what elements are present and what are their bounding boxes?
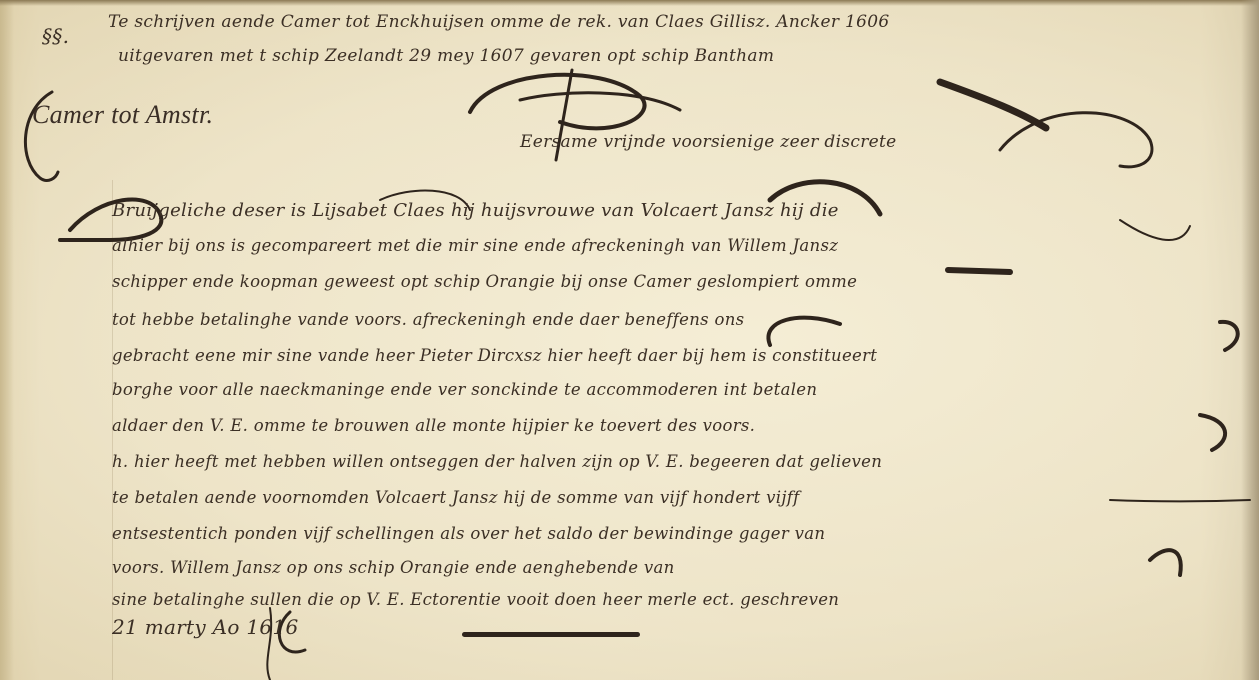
date-line: 21 marty Ao 1616	[112, 615, 299, 639]
body-line-6: borghe voor alle naeckmaninge ende ver s…	[112, 380, 817, 399]
body-line-4: tot hebbe betalinghe vande voors. afreck…	[112, 310, 744, 329]
binding-shadow	[0, 0, 14, 680]
body-line-1: Bruijgeliche deser is Lijsabet Claes hij…	[112, 200, 839, 221]
body-line-8: h. hier heeft met hebben willen ontsegge…	[112, 452, 882, 471]
body-line-11: voors. Willem Jansz op ons schip Orangie…	[112, 558, 675, 577]
closing-rule	[462, 632, 640, 637]
heading-line-2: uitgevaren met t schip Zeelandt 29 mey 1…	[118, 46, 774, 66]
heading-line-1: Te schrijven aende Camer tot Enckhuijsen…	[108, 12, 889, 32]
body-line-9: te betalen aende voornomden Volcaert Jan…	[112, 488, 800, 507]
body-line-2: alhier bij ons is gecompareert met die m…	[112, 236, 838, 255]
page-top-edge	[0, 0, 1259, 6]
margin-title: Camer tot Amstr.	[32, 100, 213, 130]
body-line-7: aldaer den V. E. omme te brouwen alle mo…	[112, 416, 755, 435]
folio-mark: §§.	[42, 24, 69, 48]
salutation: Eersame vrijnde voorsienige zeer discret…	[520, 132, 896, 152]
manuscript-page: §§. Te schrijven aende Camer tot Enckhui…	[0, 0, 1259, 680]
page-right-edge	[1241, 0, 1259, 680]
body-line-5: gebracht eene mir sine vande heer Pieter…	[112, 346, 877, 365]
body-line-10: entsestentich ponden vijf schellingen al…	[112, 524, 825, 543]
body-line-3: schipper ende koopman geweest opt schip …	[112, 272, 857, 291]
body-line-12: sine betalinghe sullen die op V. E. Ecto…	[112, 590, 839, 609]
